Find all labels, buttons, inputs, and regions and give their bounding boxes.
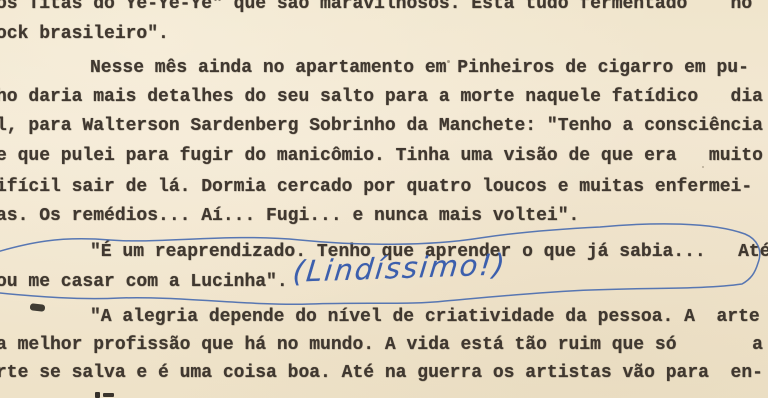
typed-line: os Titãs do Yê-Yê-Yê" que são maravilhos… (0, 0, 752, 14)
scanned-document-page: os Titãs do Yê-Yê-Yê" que são maravilhos… (0, 0, 768, 398)
typed-line: rte se salva e é uma coisa boa. Até na g… (0, 363, 763, 383)
typed-line: a melhor profissão que há no mundo. A vi… (0, 335, 763, 355)
typed-line: ho daria mais detalhes do seu salto para… (0, 87, 763, 107)
typed-line: as. Os remédios... Aí... Fugi... e nunca… (0, 206, 579, 226)
typed-line: ifícil sair de lá. Dormia cercado por qu… (0, 177, 752, 197)
cut-off-line-fragment (103, 393, 114, 397)
paper-speck (447, 60, 450, 63)
ink-smudge (30, 303, 46, 312)
handwritten-annotation: (Lindíssimo!) (291, 247, 508, 289)
typed-line: ock brasileiro". (0, 24, 169, 44)
typed-line: e que pulei para fugir do manicômio. Tin… (0, 146, 763, 166)
paper-speck (702, 166, 704, 168)
typed-line: ou me casar com a Lucinha". (0, 272, 288, 292)
typed-line: "A alegria depende do nível de criativid… (90, 307, 760, 327)
cut-off-line-fragment (95, 392, 100, 398)
typed-line: l, para Walterson Sardenberg Sobrinho da… (0, 116, 763, 136)
typed-line: Nesse mês ainda no apartamento em Pinhei… (90, 58, 749, 78)
